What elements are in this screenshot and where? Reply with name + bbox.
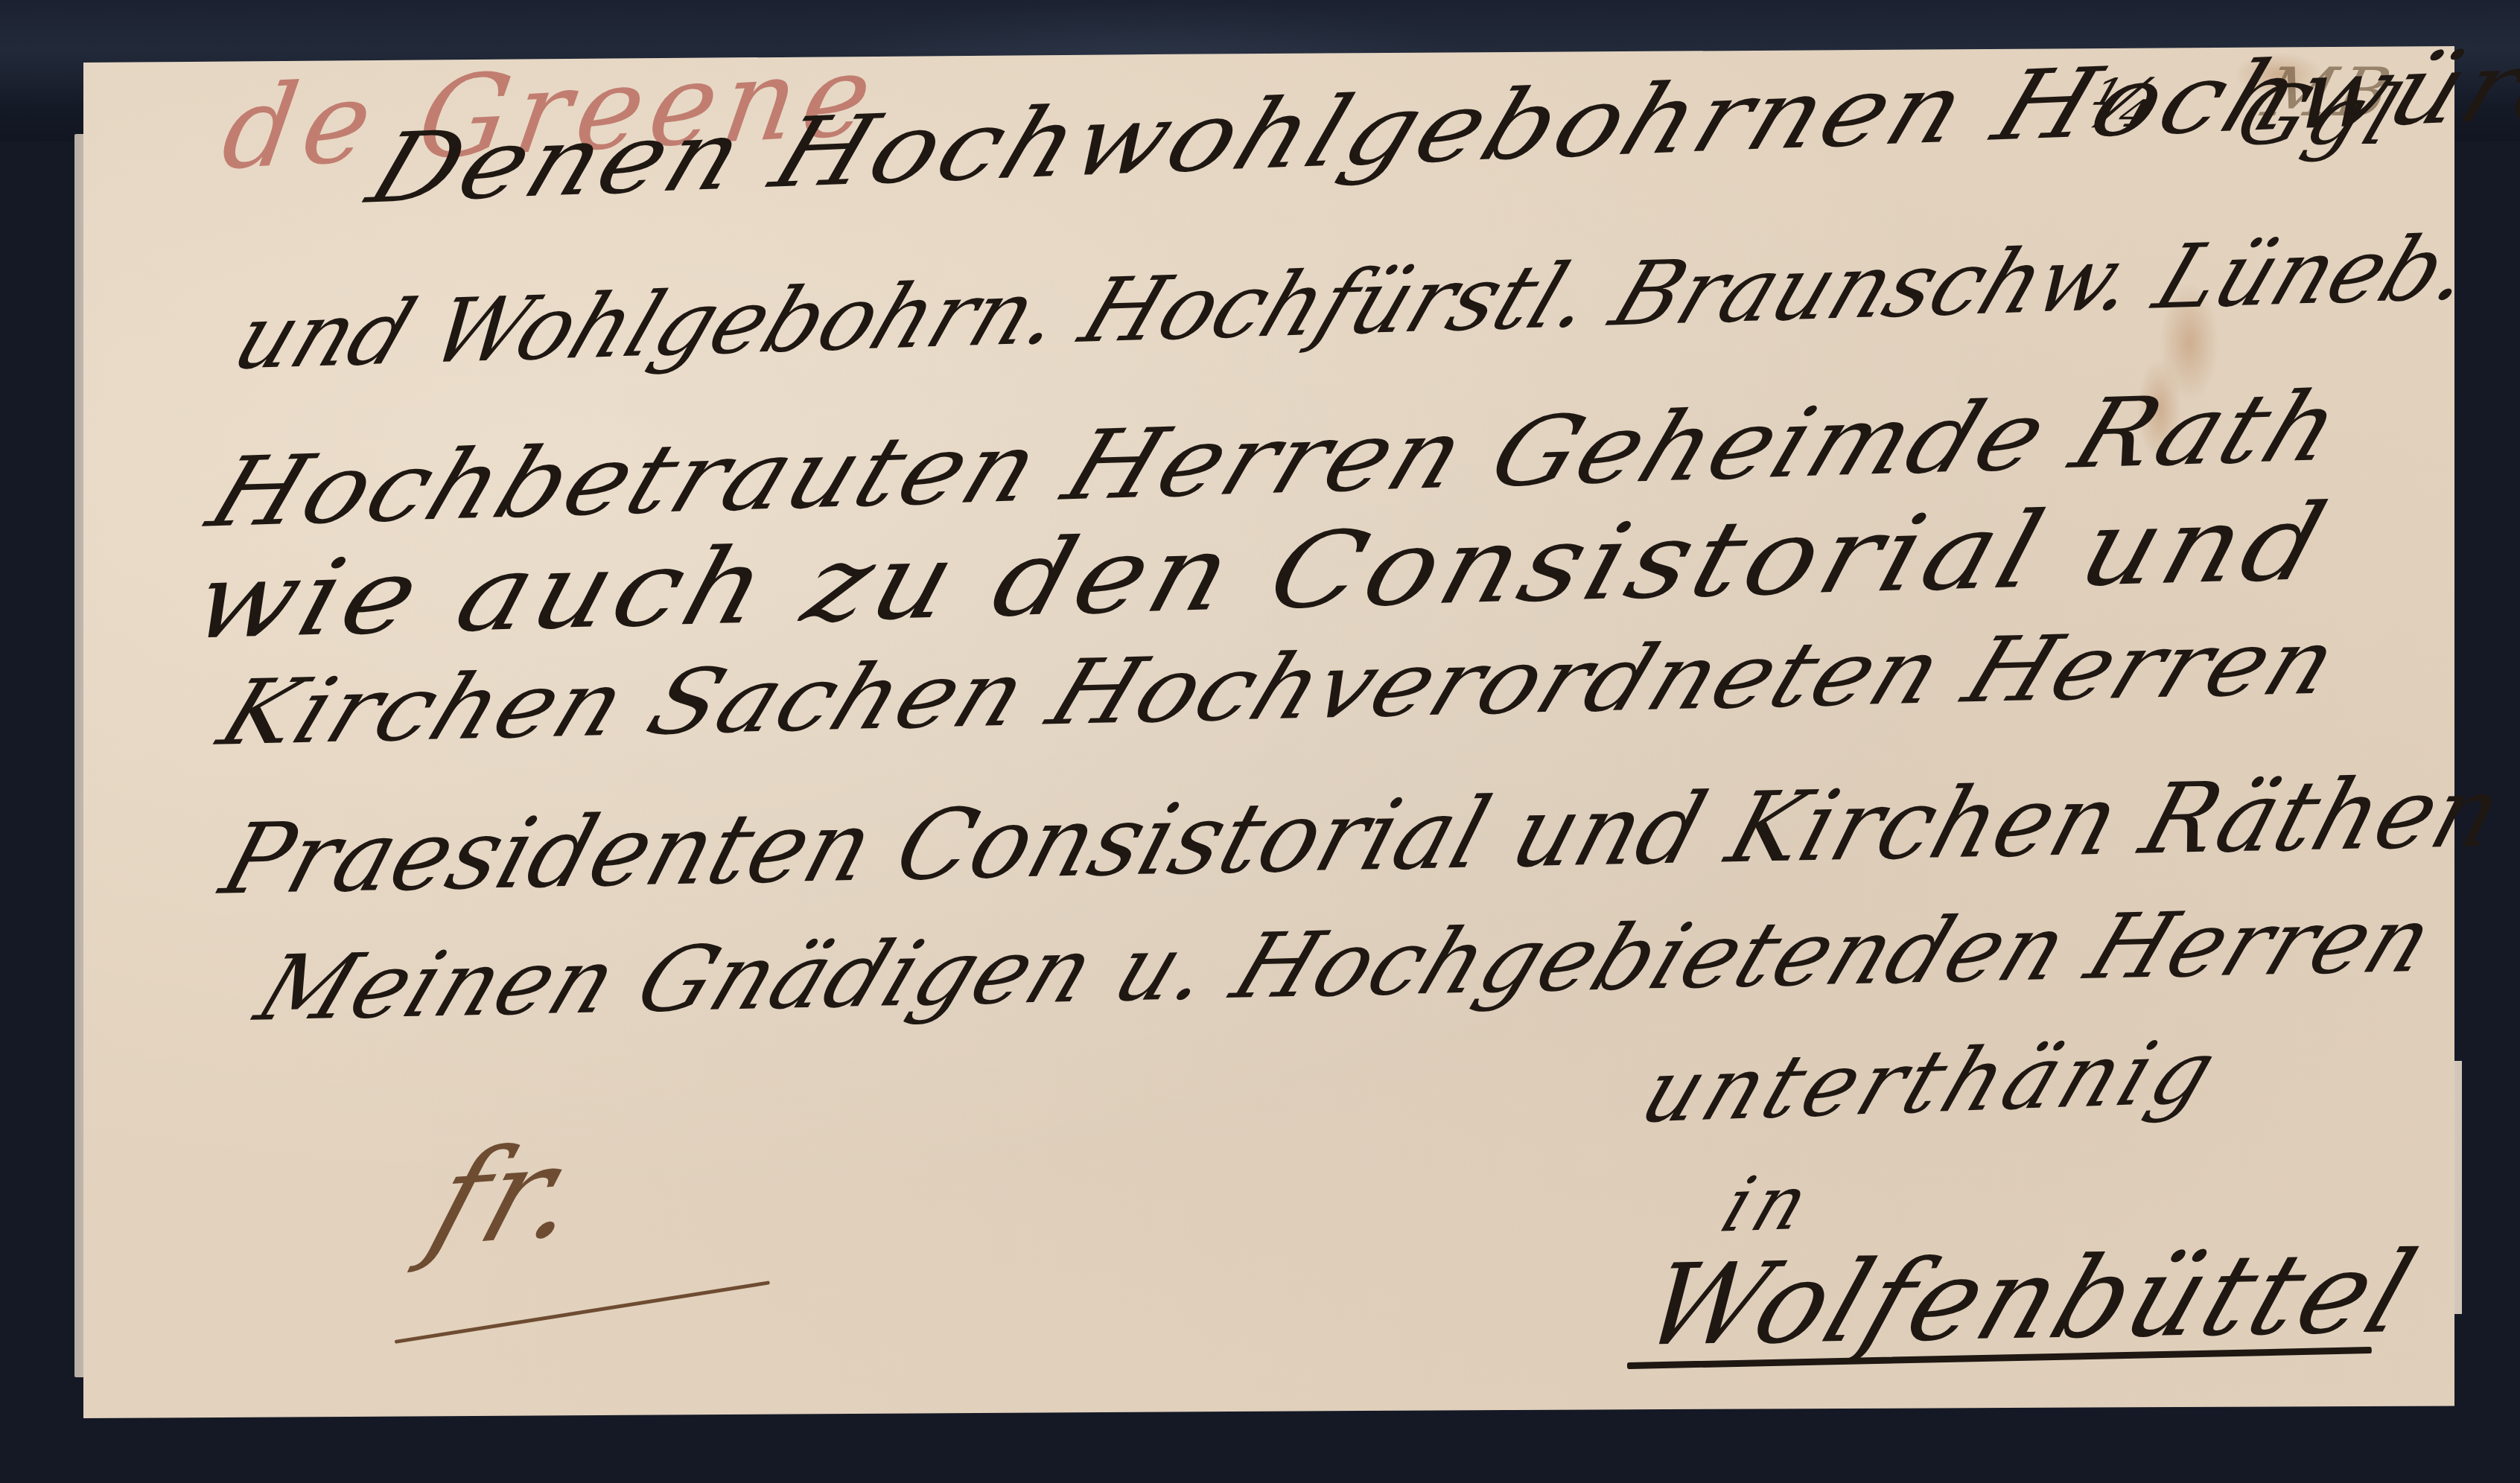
address-line-8-unterthaenig: unterthänig <box>1631 1029 2230 1136</box>
address-destination-wolfenbuettel: Wolfenbüttel <box>1631 1237 2430 1362</box>
